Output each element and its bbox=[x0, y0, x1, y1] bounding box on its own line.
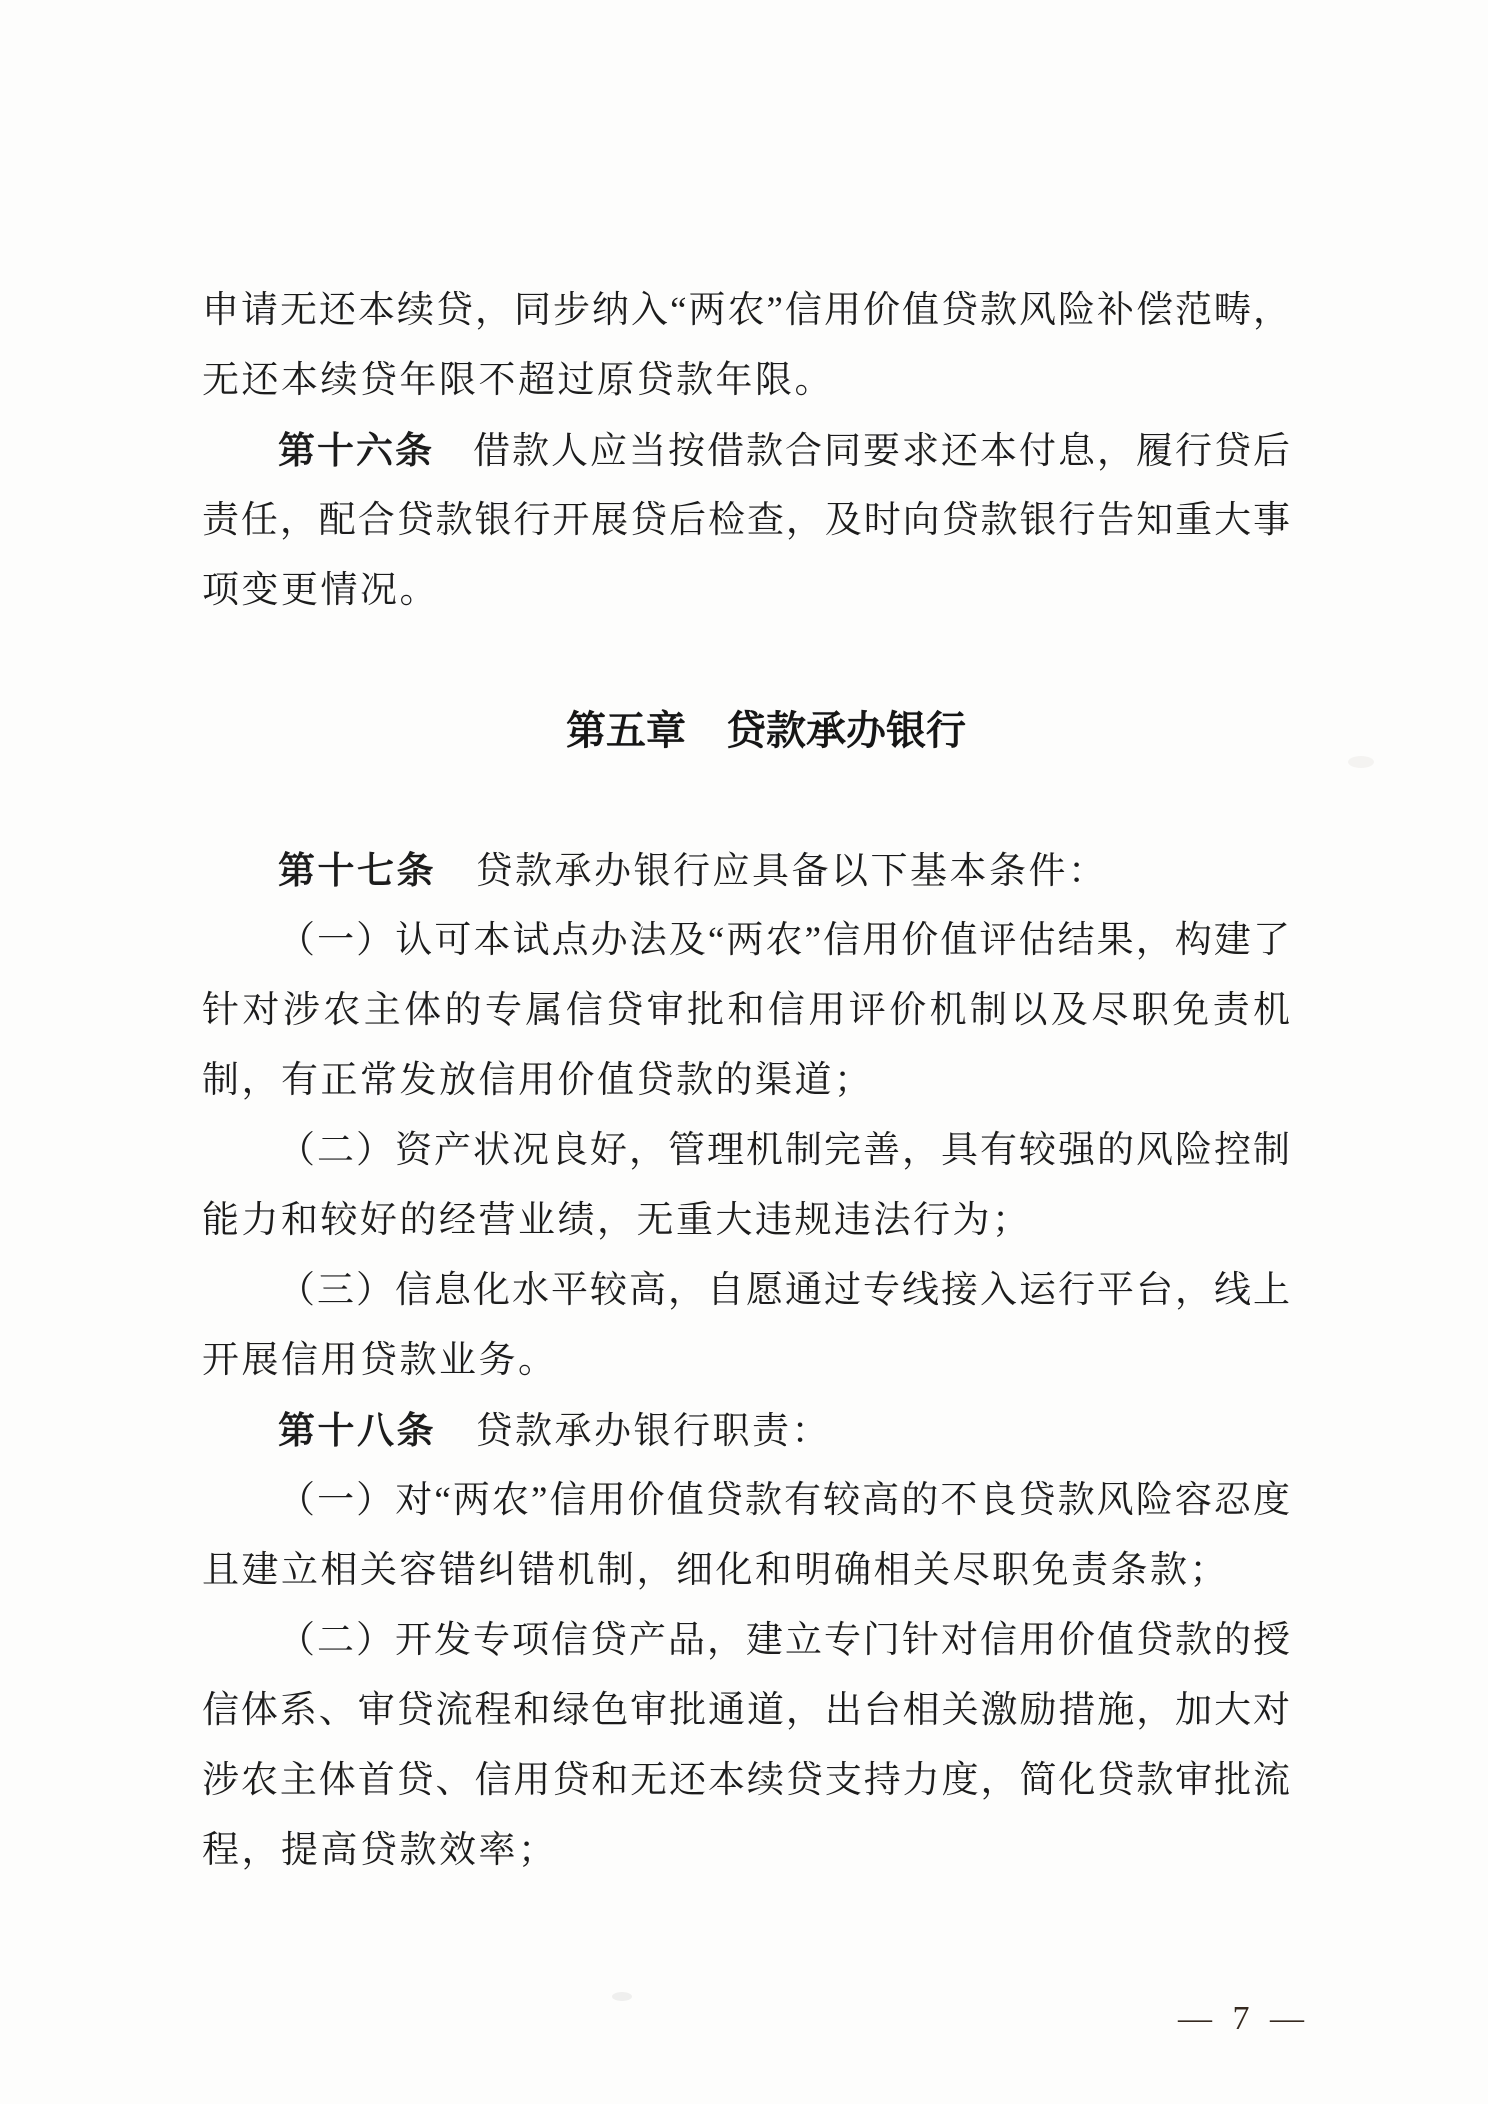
blank-line bbox=[202, 766, 1290, 836]
line-text: 针对涉农主体的专属信贷审批和信用评价机制以及尽职免责机 bbox=[202, 990, 1290, 1031]
scan-artifact bbox=[1348, 756, 1374, 768]
document-page: 申请无还本续贷，同步纳入“两农”信用价值贷款风险补偿范畴， 无还本续贷年限不超过… bbox=[0, 0, 1488, 2104]
document-body: 申请无还本续贷，同步纳入“两农”信用价值贷款风险补偿范畴， 无还本续贷年限不超过… bbox=[202, 276, 1290, 1886]
body-line: 涉农主体首贷、信用贷和无还本续贷支持力度，简化贷款审批流 bbox=[202, 1746, 1290, 1816]
body-line: 信体系、审贷流程和绿色审批通道，出台相关激励措施，加大对 bbox=[202, 1676, 1290, 1746]
line-text: 开展信用贷款业务。 bbox=[202, 1340, 558, 1381]
line-text: 信体系、审贷流程和绿色审批通道，出台相关激励措施，加大对 bbox=[202, 1690, 1290, 1731]
line-text: 项变更情况。 bbox=[202, 570, 439, 611]
body-line: 制，有正常发放信用价值贷款的渠道； bbox=[202, 1046, 1290, 1116]
body-line: 能力和较好的经营业绩，无重大违规违法行为； bbox=[202, 1186, 1290, 1256]
clause-number: 第十八条 bbox=[278, 1410, 436, 1451]
line-text: 贷款承办银行应具备以下基本条件： bbox=[436, 851, 1108, 892]
chapter-heading: 第五章 贷款承办银行 bbox=[202, 696, 1290, 766]
body-line: 责任，配合贷款银行开展贷后检查，及时向贷款银行告知重大事 bbox=[202, 486, 1290, 556]
body-line: 开展信用贷款业务。 bbox=[202, 1326, 1290, 1396]
page-number: — 7 — bbox=[1178, 2000, 1310, 2038]
line-text: （一）认可本试点办法及“两农”信用价值评估结果，构建了 bbox=[278, 920, 1290, 961]
body-line: 无还本续贷年限不超过原贷款年限。 bbox=[202, 346, 1290, 416]
body-line: 项变更情况。 bbox=[202, 556, 1290, 626]
blank-line bbox=[202, 626, 1290, 696]
line-text: 借款人应当按借款合同要求还本付息，履行贷后 bbox=[434, 431, 1290, 472]
body-line: 针对涉农主体的专属信贷审批和信用评价机制以及尽职免责机 bbox=[202, 976, 1290, 1046]
line-text: 贷款承办银行职责： bbox=[436, 1411, 831, 1452]
line-text: 且建立相关容错纠错机制，细化和明确相关尽职免责条款； bbox=[202, 1550, 1229, 1591]
body-line: （一）认可本试点办法及“两农”信用价值评估结果，构建了 bbox=[202, 906, 1290, 976]
body-line: 第十七条 贷款承办银行应具备以下基本条件： bbox=[202, 836, 1290, 906]
line-text: 申请无还本续贷，同步纳入“两农”信用价值贷款风险补偿范畴， bbox=[202, 290, 1290, 331]
clause-number: 第十六条 bbox=[278, 430, 434, 471]
line-text: 程，提高贷款效率； bbox=[202, 1830, 558, 1871]
body-line: （二）资产状况良好，管理机制完善，具有较强的风险控制 bbox=[202, 1116, 1290, 1186]
body-line: （一）对“两农”信用价值贷款有较高的不良贷款风险容忍度 bbox=[202, 1466, 1290, 1536]
line-text: 责任，配合贷款银行开展贷后检查，及时向贷款银行告知重大事 bbox=[202, 500, 1290, 541]
line-text: （二）资产状况良好，管理机制完善，具有较强的风险控制 bbox=[278, 1130, 1290, 1171]
clause-number: 第十七条 bbox=[278, 850, 436, 891]
line-text: （三）信息化水平较高，自愿通过专线接入运行平台，线上 bbox=[278, 1270, 1290, 1311]
body-line: 且建立相关容错纠错机制，细化和明确相关尽职免责条款； bbox=[202, 1536, 1290, 1606]
body-line: （三）信息化水平较高，自愿通过专线接入运行平台，线上 bbox=[202, 1256, 1290, 1326]
body-line: 第十六条 借款人应当按借款合同要求还本付息，履行贷后 bbox=[202, 416, 1290, 486]
body-line: 程，提高贷款效率； bbox=[202, 1816, 1290, 1886]
body-line: （二）开发专项信贷产品，建立专门针对信用价值贷款的授 bbox=[202, 1606, 1290, 1676]
line-text: （二）开发专项信贷产品，建立专门针对信用价值贷款的授 bbox=[278, 1620, 1290, 1661]
body-line: 申请无还本续贷，同步纳入“两农”信用价值贷款风险补偿范畴， bbox=[202, 276, 1290, 346]
line-text: 无还本续贷年限不超过原贷款年限。 bbox=[202, 360, 834, 401]
line-text: 制，有正常发放信用价值贷款的渠道； bbox=[202, 1060, 874, 1101]
line-text: 涉农主体首贷、信用贷和无还本续贷支持力度，简化贷款审批流 bbox=[202, 1760, 1290, 1801]
line-text: （一）对“两农”信用价值贷款有较高的不良贷款风险容忍度 bbox=[278, 1480, 1290, 1521]
body-line: 第十八条 贷款承办银行职责： bbox=[202, 1396, 1290, 1466]
line-text: 能力和较好的经营业绩，无重大违规违法行为； bbox=[202, 1200, 1032, 1241]
scan-artifact bbox=[612, 1992, 632, 2001]
